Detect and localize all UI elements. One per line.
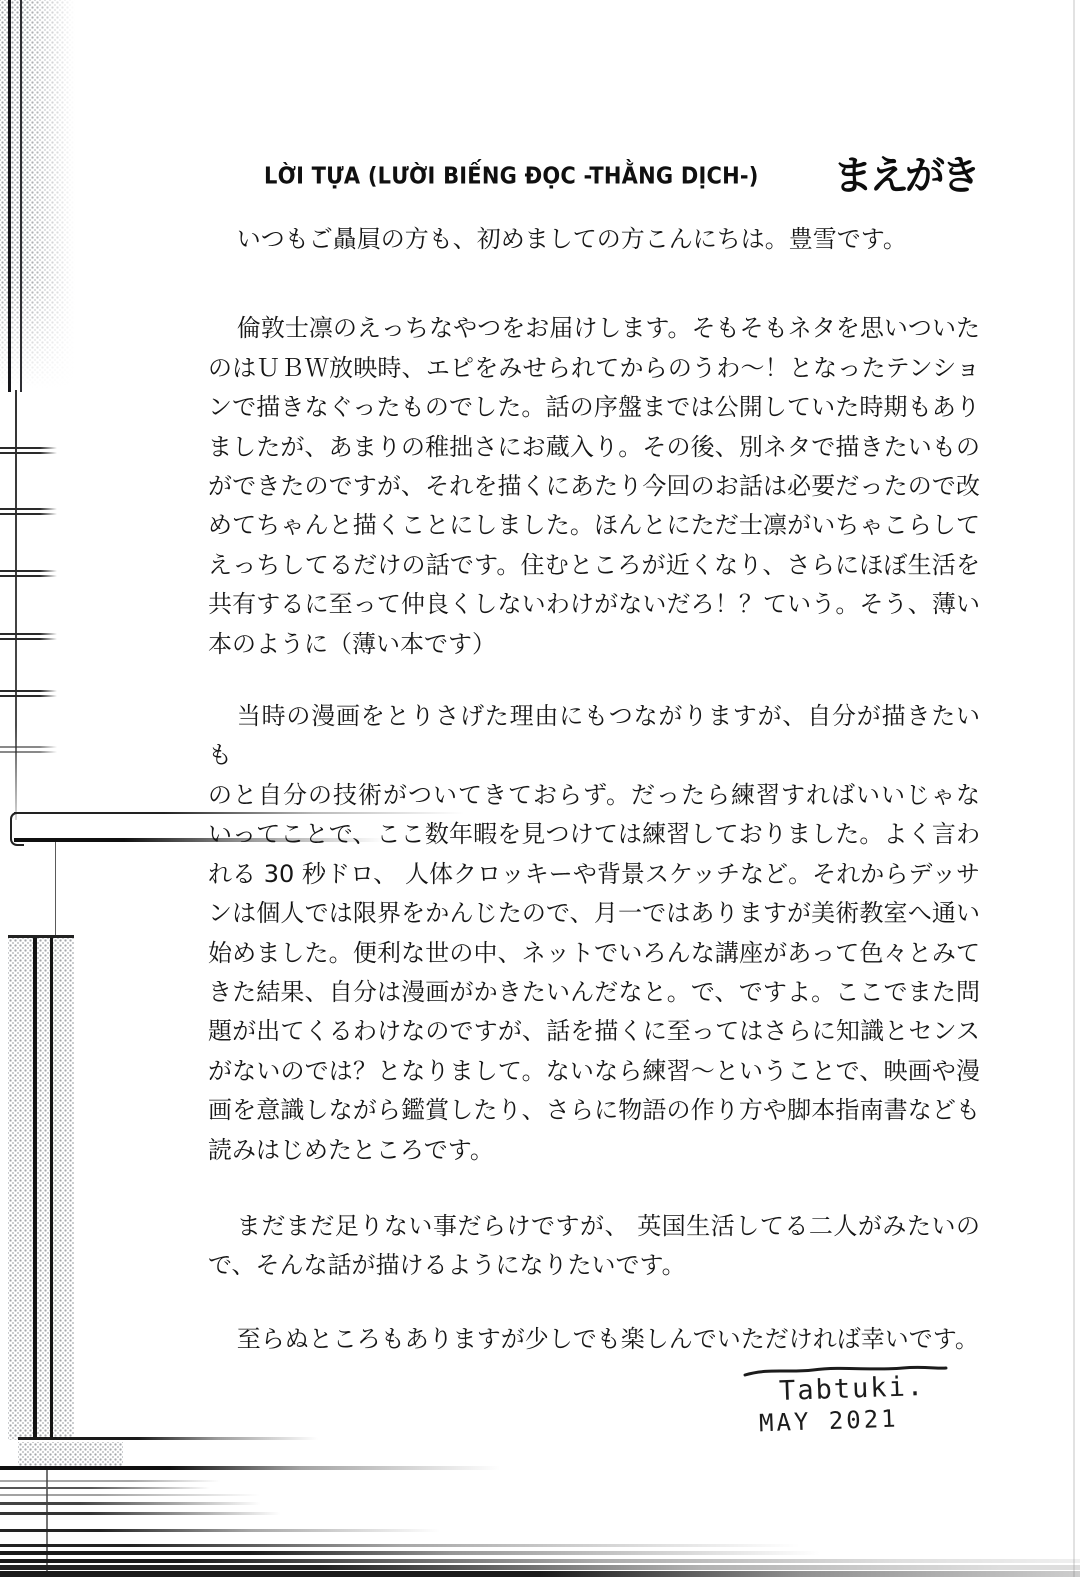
text-line: 本のように（薄い本です） (208, 625, 980, 664)
text-line: 倫敦士凛のえっちなやつをお届けします。そもそもネタを思いついた (208, 309, 980, 348)
tick-mark (0, 570, 57, 577)
text-line: 至らぬところもありますが少しでも楽しんでいただければ幸いです。 (208, 1320, 980, 1359)
scan-streak (0, 1571, 1080, 1577)
scan-streak (0, 1512, 280, 1515)
text-line: がないのでは？となりまして。ないなら練習～ということで、映画や漫 (208, 1052, 980, 1091)
text-line: 画を意識しながら鑑賞したり、さらに物語の作り方や脚本指南書なども (208, 1091, 980, 1130)
panel-edge-line (55, 842, 56, 937)
translator-note: LỜI TỰA (LƯỜI BIẾNG ĐỌC -THẰNG DỊCH-) (264, 162, 759, 189)
text-line: ができたのですが、それを描くにあたり今回のお話は必要だったので改 (208, 467, 980, 506)
halftone-bar (8, 935, 74, 1440)
text-line: ンは個人では限界をかんじたので、月一ではありますが美術教室へ通い (208, 894, 980, 933)
scan-streak (0, 1559, 1080, 1563)
page-edge-line (1073, 0, 1075, 1577)
paragraph-2: 倫敦士凛のえっちなやつをお届けします。そもそもネタを思いついた のはＵＢＷ放映時… (208, 309, 980, 664)
text-line: 題が出てくるわけなのですが、話を描くに至ってはさらに知識とセンス (208, 1012, 980, 1051)
signature-name: Tabtuki. (779, 1370, 954, 1407)
tick-mark (0, 447, 57, 454)
scan-streak (0, 1502, 260, 1505)
tick-mark (0, 690, 57, 697)
scan-streak (0, 1529, 440, 1532)
tick-mark (0, 746, 57, 753)
signature: Tabtuki. MAY 2021 (743, 1360, 953, 1434)
panel-edge-line (15, 390, 17, 820)
text-line: ンで描きなぐったものでした。話の序盤までは公開していた時期もあり (208, 388, 980, 427)
text-line: で、そんな話が描けるようになりたいです。 (208, 1246, 980, 1285)
scan-streak (0, 1466, 500, 1470)
text-line: えっちしてるだけの話です。住むところが近くなり、さらにほぼ生活を (208, 546, 980, 585)
halftone-patch (18, 1442, 123, 1468)
text-line: いってことで、ここ数年暇を見つけては練習しておりました。よく言わ (208, 815, 980, 854)
text-line: めてちゃんと描くことにしました。ほんとにただ士凛がいちゃこらして (208, 506, 980, 545)
paragraph-1: いつもご贔屓の方も、初めましての方こんにちは。豊雪です。 (208, 220, 980, 259)
text-line: のと自分の技術がついてきておらず。だったら練習すればいいじゃな (208, 776, 980, 815)
paragraph-5: 至らぬところもありますが少しでも楽しんでいただければ幸いです。 (208, 1320, 980, 1359)
scan-streak (0, 1480, 220, 1482)
text-line: れる 30 秒ドロ、 人体クロッキーや背景スケッチなど。それからデッサ (208, 855, 980, 894)
tick-mark (0, 508, 57, 515)
text-line: 読みはじめたところです。 (208, 1131, 980, 1170)
scanned-page: LỜI TỰA (LƯỜI BIẾNG ĐỌC -THẰNG DỊCH-) まえ… (0, 0, 1080, 1577)
text-line: 始めました。便利な世の中、ネットでいろんな講座があって色々とみて (208, 934, 980, 973)
text-line: きた結果、自分は漫画がかきたいんだなと。で、ですよ。ここでまた問 (208, 973, 980, 1012)
scan-streak (0, 1494, 260, 1496)
text-line: 共有するに至って仲良くしないわけがないだろ！？ていう。そう、薄い (208, 585, 980, 624)
paragraph-4: まだまだ足りない事だらけですが、 英国生活してる二人がみたいの で、そんな話が描… (208, 1207, 980, 1286)
scan-streak (0, 1487, 210, 1489)
scan-streak (0, 1544, 800, 1547)
scan-streak (0, 1551, 820, 1555)
panel-border-line (8, 0, 22, 392)
panel-border-line (33, 938, 53, 1440)
text-line: いつもご贔屓の方も、初めましての方こんにちは。豊雪です。 (208, 220, 980, 259)
text-line: まだまだ足りない事だらけですが、 英国生活してる二人がみたいの (208, 1207, 980, 1246)
page-title: まえがき (833, 144, 977, 201)
preface-text: いつもご贔屓の方も、初めましての方こんにちは。豊雪です。 倫敦士凛のえっちなやつ… (208, 220, 980, 1359)
text-line: のはＵＢＷ放映時、エピをみせられてからのうわ～！となったテンショ (208, 349, 980, 388)
text-line: 当時の漫画をとりさげた理由にもつながりますが、自分が描きたいも (208, 697, 980, 776)
paragraph-3: 当時の漫画をとりさげた理由にもつながりますが、自分が描きたいも のと自分の技術が… (208, 697, 980, 1170)
scan-streak (0, 1565, 1080, 1570)
signature-date: MAY 2021 (759, 1403, 954, 1438)
text-line: ましたが、あまりの稚拙さにお蔵入り。その後、別ネタで描きたいもの (208, 428, 980, 467)
scan-streak (18, 1437, 318, 1440)
tick-mark (0, 633, 57, 640)
